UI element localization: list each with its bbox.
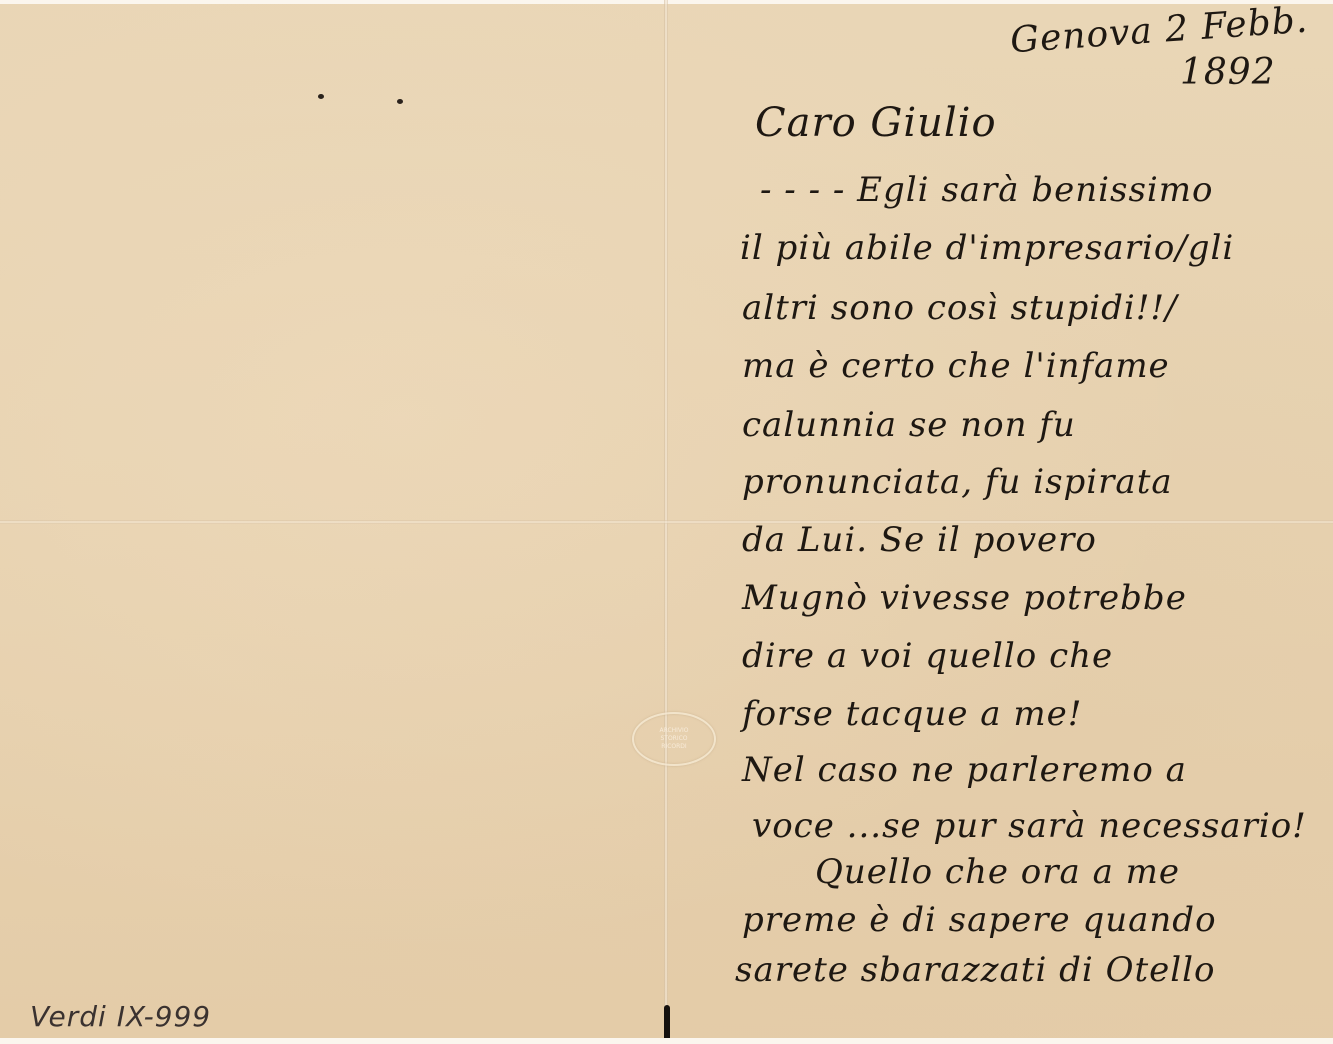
archive-note: Verdi IX-999 [30, 1000, 211, 1033]
pinhole-left [318, 94, 324, 99]
body-line: pronunciata, fu ispirata [742, 462, 1173, 502]
stamp-line-1: ARCHIVIO [659, 727, 688, 735]
salutation: Caro Giulio [755, 100, 997, 146]
blind-embossed-stamp: ARCHIVIO STORICO RICORDI [632, 712, 716, 766]
paper-edge-bottom [0, 1038, 1333, 1044]
body-line: sarete sbarazzati di Otello [735, 950, 1215, 990]
body-line: calunnia se non fu [742, 405, 1076, 445]
stamp-line-2: STORICO [660, 735, 687, 743]
body-line: il più abile d'impresario/gli [740, 228, 1234, 268]
letter-sheet: ARCHIVIO STORICO RICORDI Genova 2 Febb. … [0, 0, 1333, 1044]
body-line: altri sono così stupidi!!/ [742, 288, 1178, 328]
body-line: forse tacque a me! [742, 694, 1082, 734]
body-line: voce ...se pur sarà necessario! [752, 806, 1307, 846]
horizontal-fold [0, 520, 1333, 524]
body-line: Quello che ora a me [815, 852, 1180, 892]
body-line: preme è di sapere quando [742, 900, 1217, 940]
dateline-year: 1892 [1180, 52, 1276, 93]
body-line: da Lui. Se il povero [742, 520, 1097, 560]
stamp-line-3: RICORDI [661, 743, 686, 751]
pinhole-right [397, 99, 403, 104]
body-line: ma è certo che l'infame [742, 346, 1170, 386]
body-line: Mugnò vivesse potrebbe [742, 578, 1187, 618]
body-line: Nel caso ne parleremo a [742, 750, 1187, 790]
body-line: dire a voi quello che [742, 636, 1113, 676]
body-line: - - - - Egli sarà benissimo [760, 170, 1214, 210]
